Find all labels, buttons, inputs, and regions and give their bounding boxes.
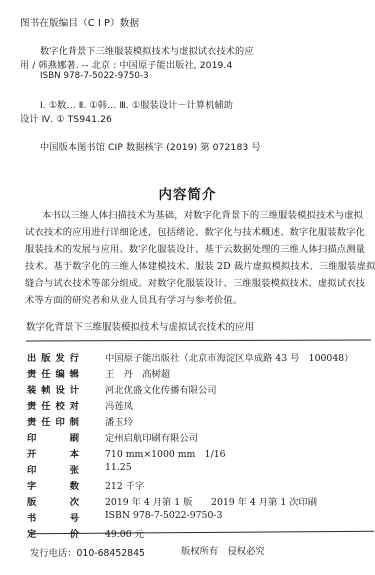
- intro-line-2: 试衣技术的应用进行详细论述，包括绪论、数字化与技术概述、数字化服装数字化: [25, 224, 365, 238]
- info-label: 书号: [27, 510, 79, 524]
- cip-isbn: ISBN 978-7-5022-9750-3: [40, 71, 149, 81]
- info-label: 字数: [27, 478, 79, 492]
- info-label: 责任校对: [27, 398, 79, 412]
- footer-rights: 版权所有 侵权必究: [181, 543, 265, 557]
- info-value: 2019 年 4 月第 1 版 2019 年 4 月第 1 次印刷: [105, 494, 317, 508]
- book-title: 数字化背景下三维服装模拟技术与虚拟试衣技术的应用: [26, 319, 254, 333]
- info-value: 中国原子能出版社（北京市海淀区阜成路 43 号 100048）: [105, 350, 353, 364]
- info-value: ISBN 978-7-5022-9750-3: [105, 510, 222, 524]
- intro-title: 内容简介: [0, 183, 375, 203]
- intro-line-1: 本书以三维人体扫描技术为基础，对数字化背景下的三维服装模拟技术与虚拟: [42, 207, 363, 221]
- info-value: 河北优盛文化传播有限公司: [105, 382, 217, 396]
- info-value: 212 千字: [105, 478, 144, 492]
- cip-heading: 图书在版编目（C I P）数据: [20, 15, 139, 29]
- info-row-edition: 版次 2019 年 4 月第 1 版 2019 年 4 月第 1 次印刷: [27, 494, 317, 508]
- info-value: 710 mm×1000 mm 1/16: [105, 446, 226, 460]
- info-label: 责任编辑: [27, 366, 79, 380]
- info-row-print-supervisor: 责任印制 潘玉玲: [27, 414, 133, 428]
- footer-phone: 发行电话：010-68452845: [30, 545, 145, 559]
- intro-line-4: 技术、基于数字化的三维人体建模技术、服装 2D 裁片虚拟模拟技术、三维服装虚拟: [25, 258, 375, 272]
- info-label: 印张: [27, 462, 79, 476]
- cip-classification-1: Ⅰ. ①数… Ⅱ. ①韩… Ⅲ. ①服装设计－计算机辅助: [40, 97, 233, 111]
- info-row-publisher: 出版发行 中国原子能出版社（北京市海淀区阜成路 43 号 100048）: [27, 350, 353, 364]
- info-row-isbn: 书号 ISBN 978-7-5022-9750-3: [27, 510, 222, 524]
- info-row-printer: 印刷 定州启航印刷有限公司: [27, 430, 198, 444]
- info-row-format: 开本 710 mm×1000 mm 1/16: [27, 446, 226, 460]
- info-label: 印刷: [27, 430, 79, 444]
- cip-record-number: 中国版本图书馆 CIP 数据核字 (2019) 第 072183 号: [40, 139, 261, 153]
- info-value: 冯莲凤: [105, 398, 133, 412]
- info-value: 王 丹 高树超: [105, 366, 170, 380]
- info-row-editor: 责任编辑 王 丹 高树超: [27, 366, 170, 380]
- info-row-proofread: 责任校对 冯莲凤: [27, 398, 133, 412]
- intro-line-6: 术等方面的研究者和从业人员具有学习与参考价值。: [25, 292, 242, 306]
- info-row-sheets: 印张 11.25: [27, 462, 132, 476]
- intro-line-3: 服装技术的发展与应用、数字化服装设计、基于云数据处理的三维人体扫描点测量: [25, 241, 365, 255]
- intro-line-5: 缝合与试衣技术等部分组成。对数字化服装设计、三维服装模拟技术、虚拟试衣技: [25, 275, 365, 289]
- cip-line-1: 数字化背景下三维服装模拟技术与虚拟试衣技术的应: [40, 43, 254, 57]
- info-value: 定州启航印刷有限公司: [105, 430, 198, 444]
- info-label: 开本: [27, 446, 79, 460]
- info-label: 版次: [27, 494, 79, 508]
- divider-top: [26, 340, 371, 342]
- info-label: 出版发行: [27, 350, 79, 364]
- info-row-design: 装帧设计 河北优盛文化传播有限公司: [27, 382, 217, 396]
- cip-classification-2: 设计 Ⅳ. ① TS941.26: [20, 111, 112, 125]
- info-label: 责任印制: [27, 414, 79, 428]
- info-row-word-count: 字数 212 千字: [27, 478, 144, 492]
- info-value: 潘玉玲: [105, 414, 133, 428]
- cip-line-2: 用 / 韩燕娜著. -- 北京 : 中国原子能出版社, 2019.4: [20, 57, 232, 71]
- info-label: 装帧设计: [27, 382, 79, 396]
- info-value: 11.25: [105, 462, 132, 476]
